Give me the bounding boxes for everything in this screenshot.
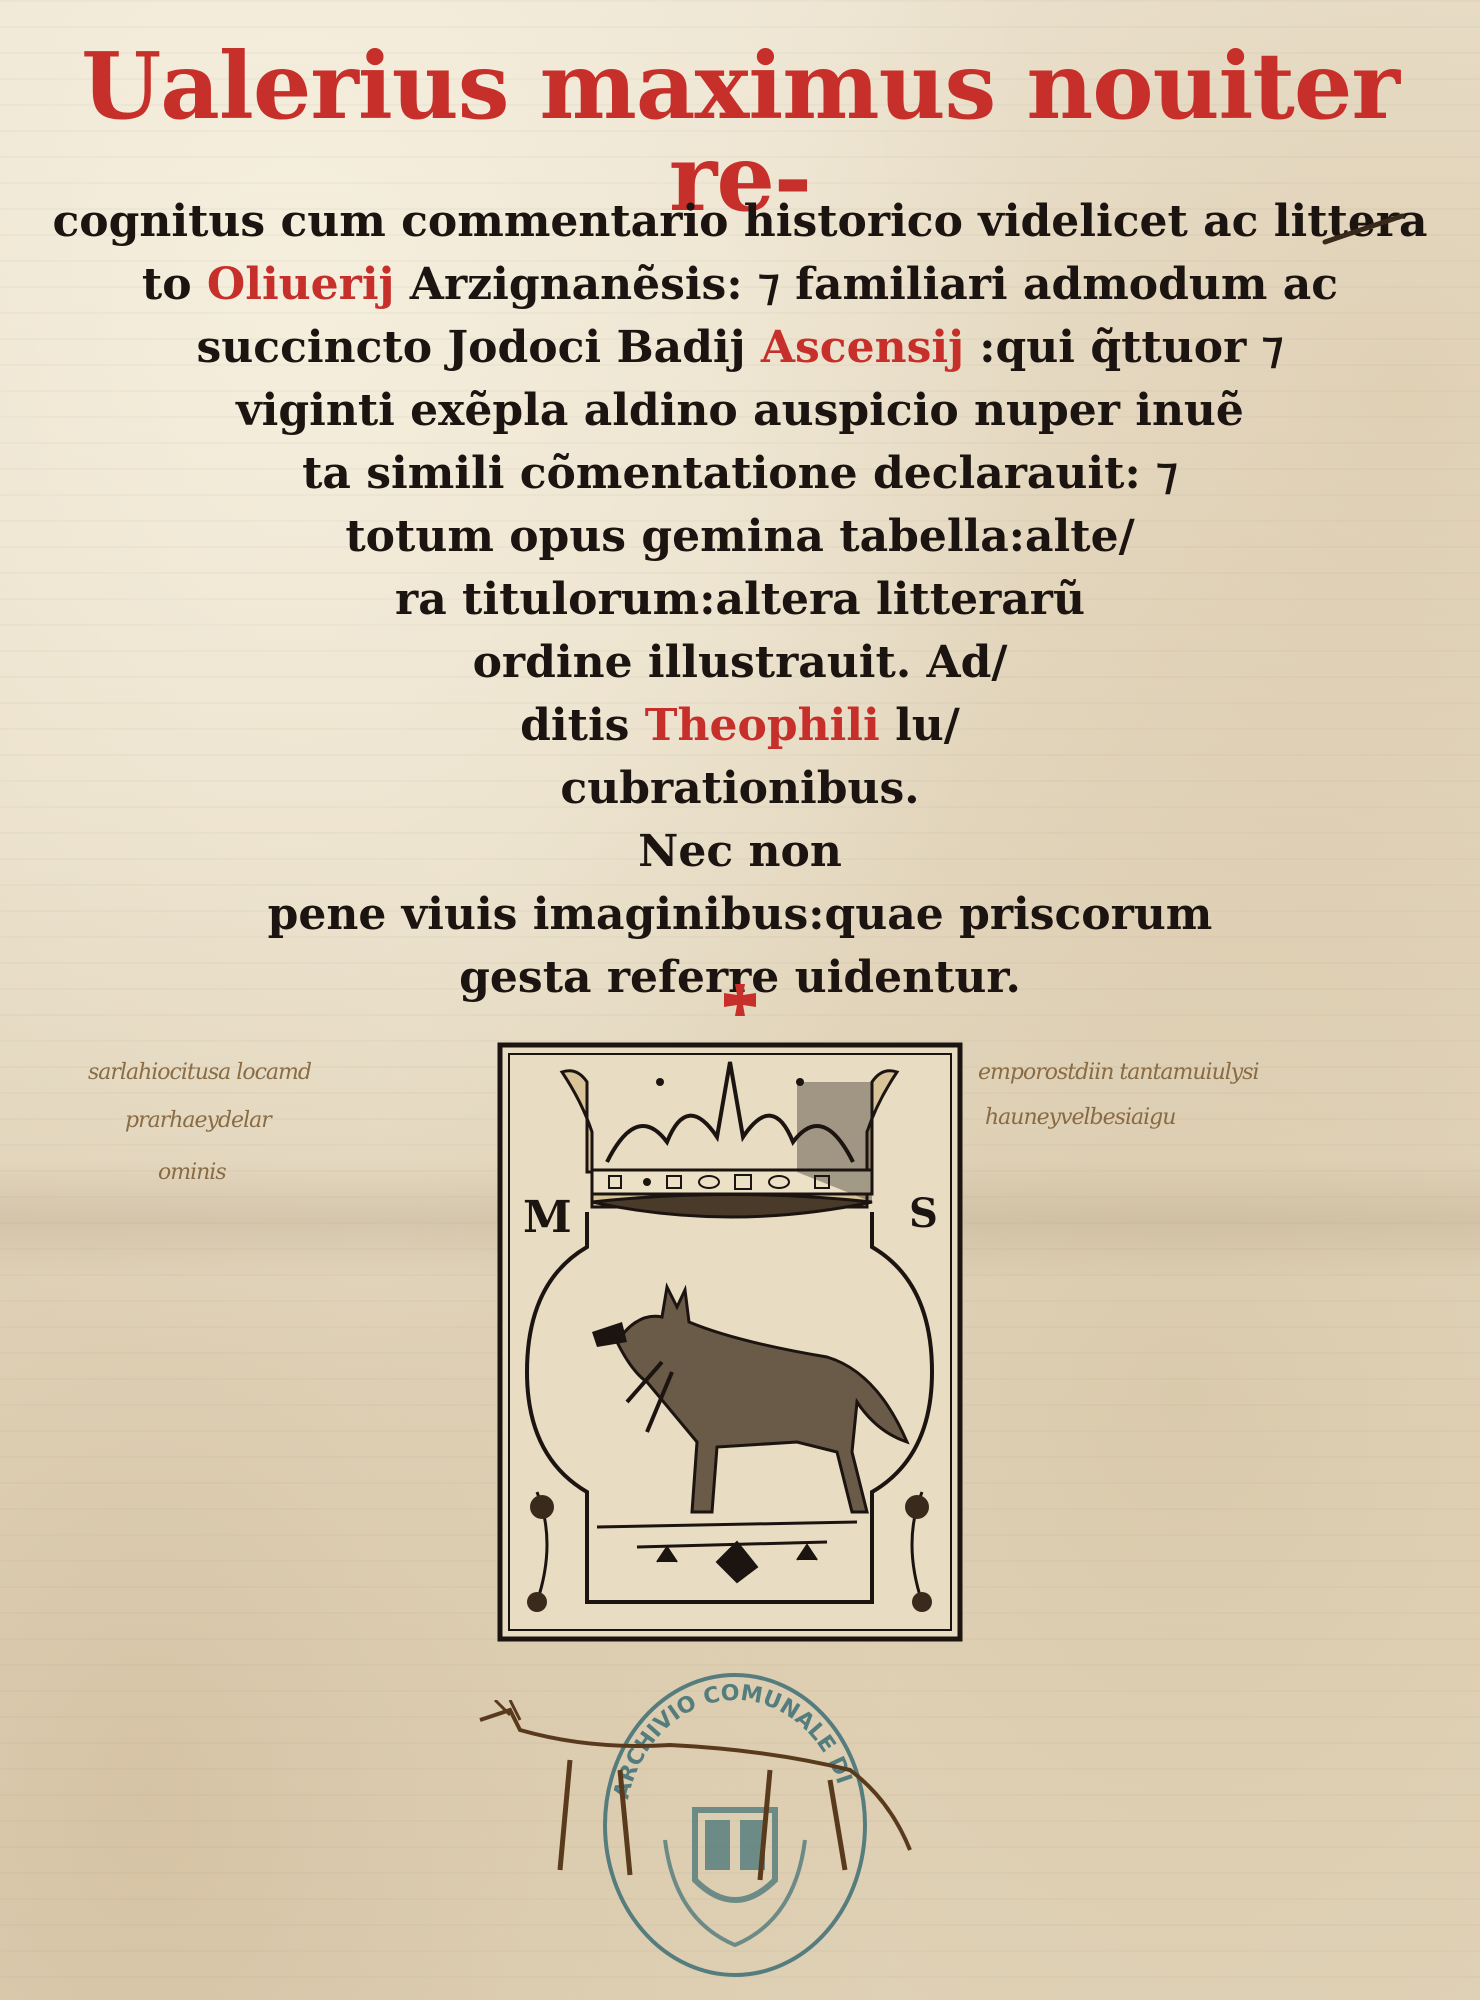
text-line: succincto Jodoci Badij Ascensij :qui q̃t… <box>0 316 1480 379</box>
text-segment: Nec non <box>638 826 842 877</box>
manuscript-note-left-1: sarlahiocitusa locamd <box>88 1060 311 1085</box>
text-line: ditis Theophili lu/ <box>0 694 1480 757</box>
title-page-text: cognitus cum commentario historico videl… <box>0 190 1480 1009</box>
text-line: cognitus cum commentario historico videl… <box>0 190 1480 253</box>
text-line: ta simili cõmentatione declarauit: ⁊ <box>0 442 1480 505</box>
text-segment: ra titulorum:altera litterarũ <box>395 574 1085 625</box>
text-line: pene viuis imaginibus:quae priscorum <box>0 883 1480 946</box>
text-segment: :qui q̃ttuor ⁊ <box>964 322 1283 373</box>
text-segment: ordine illustrauit. Ad/ <box>473 637 1008 688</box>
rubricated-name: Oliuerij <box>207 259 395 310</box>
manuscript-note-right-2: hauneyvelbesiaigu <box>985 1105 1175 1130</box>
red-cross-icon <box>722 982 758 1018</box>
marginal-pen-stroke <box>1320 210 1410 250</box>
rubricated-name: Theophili <box>645 700 880 751</box>
text-line: ra titulorum:altera litterarũ <box>0 568 1480 631</box>
text-segment: Arzignanẽsis: ⁊ familiari admodum ac <box>394 259 1338 310</box>
text-line: cubrationibus. <box>0 757 1480 820</box>
text-line: to Oliuerij Arzignanẽsis: ⁊ familiari ad… <box>0 253 1480 316</box>
manuscript-note-right-1: emporostdiin tantamuiulysi <box>978 1060 1259 1085</box>
text-segment: totum opus gemina tabella:alte/ <box>345 511 1134 562</box>
text-segment: to <box>142 259 207 310</box>
svg-text:S: S <box>909 1190 938 1237</box>
text-segment: pene viuis imaginibus:quae priscorum <box>268 889 1213 940</box>
text-segment: viginti exẽpla aldino auspicio nuper inu… <box>236 385 1244 436</box>
manuscript-note-left-3: ominis <box>158 1160 226 1185</box>
rubricated-name: Ascensij <box>761 322 964 373</box>
printers-device-woodcut: M S <box>497 1042 963 1642</box>
pen-sketch-animal <box>470 1700 920 1900</box>
text-segment: cognitus cum commentario historico videl… <box>52 196 1427 247</box>
text-segment: lu/ <box>880 700 960 751</box>
text-segment: succincto Jodoci Badij <box>197 322 761 373</box>
text-line: ordine illustrauit. Ad/ <box>0 631 1480 694</box>
text-line: viginti exẽpla aldino auspicio nuper inu… <box>0 379 1480 442</box>
text-segment: cubrationibus. <box>560 763 919 814</box>
manuscript-note-left-2: prarhaeydelar <box>125 1108 271 1133</box>
text-segment: ta simili cõmentatione declarauit: ⁊ <box>302 448 1178 499</box>
text-line: totum opus gemina tabella:alte/ <box>0 505 1480 568</box>
text-segment: ditis <box>520 700 645 751</box>
svg-text:M: M <box>523 1192 572 1243</box>
text-line: Nec non <box>0 820 1480 883</box>
